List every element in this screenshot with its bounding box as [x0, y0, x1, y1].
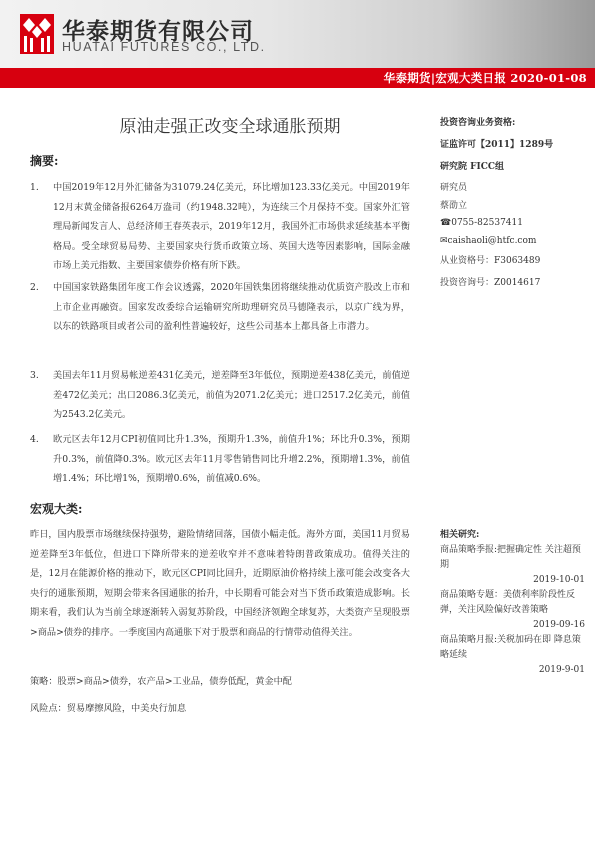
huatai-logo-icon: [20, 14, 54, 54]
item-number: 3.: [30, 366, 39, 386]
related-research: 相关研究: 商品策略季报:把握确定性 关注超预期 2019-10-01 商品策略…: [440, 528, 585, 678]
phone-icon: ☎: [440, 218, 451, 228]
related-item-title[interactable]: 商品策略季报:把握确定性 关注超预期: [440, 543, 585, 573]
analyst-email[interactable]: ✉caishaoli@htfc.com: [440, 236, 536, 246]
related-heading: 相关研究:: [440, 528, 585, 543]
risk-line: 风险点：贸易摩擦风险，中美央行加息: [30, 700, 186, 714]
item-number: 2.: [30, 278, 39, 298]
consult-number: 投资咨询号：Z0014617: [440, 275, 540, 288]
company-name-en: HUATAI FUTURES CO., LTD.: [62, 40, 266, 54]
summary-heading: 摘要:: [30, 152, 58, 169]
summary-item: 2. 中国国家铁路集团年度工作会议透露，2020年国铁集团将继续推动优质资产股改…: [30, 278, 410, 337]
item-text: 中国2019年12月外汇储备为31079.24亿美元，环比增加123.33亿美元…: [53, 178, 410, 276]
report-title: 原油走强正改变全球通胀预期: [100, 112, 360, 137]
item-number: 1.: [30, 178, 39, 198]
related-item-date: 2019-10-01: [440, 573, 585, 588]
analyst-phone: ☎0755-82537411: [440, 218, 523, 228]
email-address[interactable]: caishaoli@htfc.com: [448, 236, 537, 246]
envelope-icon: ✉: [440, 236, 448, 246]
related-item-date: 2019-9-01: [440, 663, 585, 678]
qualification-title: 投资咨询业务资格:: [440, 115, 515, 128]
summary-item: 1. 中国2019年12月外汇储备为31079.24亿美元，环比增加123.33…: [30, 178, 410, 276]
header-band: 华泰期货有限公司 HUATAI FUTURES CO., LTD.: [0, 0, 595, 68]
license-number: 证监许可【2011】1289号: [440, 137, 553, 150]
banner-text: 华泰期货|宏观大类日报 2020-01-08: [384, 70, 587, 86]
related-item-title[interactable]: 商品策略月报:关税加码在即 降息策略延续: [440, 633, 585, 663]
item-text: 欧元区去年12月CPI初值同比升1.3%，预期升1.3%，前值升1%；环比升0.…: [53, 430, 410, 489]
phone-number: 0755-82537411: [451, 218, 523, 228]
macro-heading: 宏观大类:: [30, 500, 82, 517]
practice-number: 从业资格号：F3063489: [440, 253, 540, 266]
item-text: 美国去年11月贸易帐逆差431亿美元，逆差降至3年低位，预期逆差438亿美元，前…: [53, 366, 410, 425]
summary-item: 3. 美国去年11月贸易帐逆差431亿美元，逆差降至3年低位，预期逆差438亿美…: [30, 366, 410, 425]
department: 研究院 FICC组: [440, 159, 504, 172]
related-item-title[interactable]: 商品策略专题：美债利率阶段性反弹，关注风险偏好改善策略: [440, 588, 585, 618]
macro-body: 昨日，国内股票市场继续保持强势，避险情绪回落，国债小幅走低。海外方面，美国11月…: [30, 525, 410, 642]
analyst-name: 蔡劭立: [440, 198, 467, 211]
related-item-date: 2019-09-16: [440, 618, 585, 633]
analyst-role: 研究员: [440, 180, 467, 193]
item-text: 中国国家铁路集团年度工作会议透露，2020年国铁集团将继续推动优质资产股改上市和…: [53, 278, 410, 337]
summary-item: 4. 欧元区去年12月CPI初值同比升1.3%，预期升1.3%，前值升1%；环比…: [30, 430, 410, 489]
strategy-line: 策略：股票>商品>债券，农产品>工业品，债券低配，黄金中配: [30, 673, 292, 687]
item-number: 4.: [30, 430, 39, 450]
report-banner: 华泰期货|宏观大类日报 2020-01-08: [0, 68, 595, 88]
